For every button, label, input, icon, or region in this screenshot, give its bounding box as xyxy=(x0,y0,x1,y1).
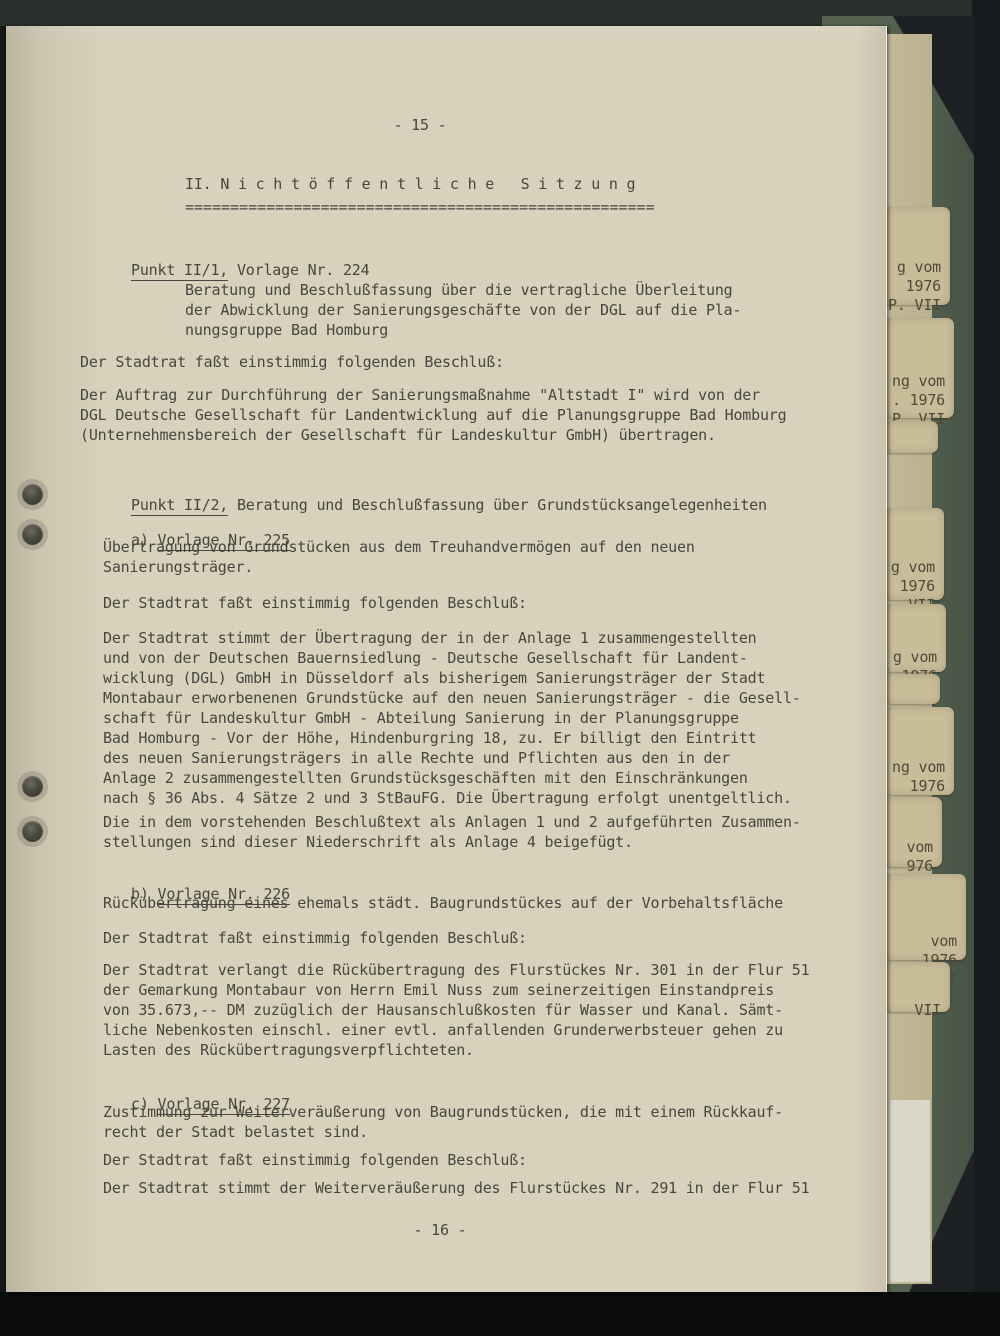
punkt-II-1-resolution-intro: Der Stadtrat faßt einstimmig folgenden B… xyxy=(80,352,504,372)
index-tab: ng vom. 1976P. VII xyxy=(876,318,954,418)
binder-cover-bottom xyxy=(0,1292,1000,1336)
item-c-resolution-intro: Der Stadtrat faßt einstimmig folgenden B… xyxy=(103,1150,527,1170)
punkt-II-1-resolution: Der Auftrag zur Durchführung der Sanieru… xyxy=(80,385,786,445)
item-a-annex-note: Die in dem vorstehenden Beschlußtext als… xyxy=(103,812,801,852)
punkt-II-1-subject: Beratung und Beschlußfassung über die ve… xyxy=(185,280,741,340)
section-heading: II. N i c h t ö f f e n t l i c h e S i … xyxy=(185,174,635,194)
binder-cover-right xyxy=(972,0,1000,1336)
item-b-resolution-intro: Der Stadtrat faßt einstimmig folgenden B… xyxy=(103,928,527,948)
punkt-II-1-label: Punkt II/1, xyxy=(131,261,228,281)
item-a-resolution-intro: Der Stadtrat faßt einstimmig folgenden B… xyxy=(103,593,527,613)
scanned-binder-photo: g vom1976P. VII ng vom. 1976P. VII g vom… xyxy=(0,0,1000,1336)
index-tab: ng vom1976P. VII xyxy=(876,707,954,795)
punkt-II-2-rest: Beratung und Beschlußfassung über Grunds… xyxy=(228,496,767,514)
item-c-resolution: Der Stadtrat stimmt der Weiterveräußerun… xyxy=(103,1178,809,1198)
page-stack-light-sheet xyxy=(890,1100,930,1282)
item-b-resolution: Der Stadtrat verlangt die Rückübertragun… xyxy=(103,960,809,1060)
page-number-bottom: - 16 - xyxy=(100,1220,780,1240)
index-tab: vom1976VII xyxy=(876,874,966,960)
item-a-resolution: Der Stadtrat stimmt der Übertragung der … xyxy=(103,628,801,808)
item-a-subject: Übertragung von Grundstücken aus dem Tre… xyxy=(103,537,695,577)
binder-hole xyxy=(22,524,43,545)
binder-hole xyxy=(22,821,43,842)
item-b-subject: Rückübertragung eines ehemals städt. Bau… xyxy=(103,893,783,913)
binder-hole xyxy=(22,484,43,505)
page-number-top: - 15 - xyxy=(80,115,760,135)
item-c-subject: Zustimmung zur Weiterveräußerung von Bau… xyxy=(103,1102,783,1142)
binder-hole xyxy=(22,776,43,797)
index-tab: VII xyxy=(876,962,950,1012)
heading-underline: ========================================… xyxy=(185,197,655,217)
index-tab: g vom1976P. VII xyxy=(876,207,950,305)
punkt-II-1-rest: Vorlage Nr. 224 xyxy=(228,261,369,279)
scan-page: - 15 - II. N i c h t ö f f e n t l i c h… xyxy=(6,26,887,1292)
